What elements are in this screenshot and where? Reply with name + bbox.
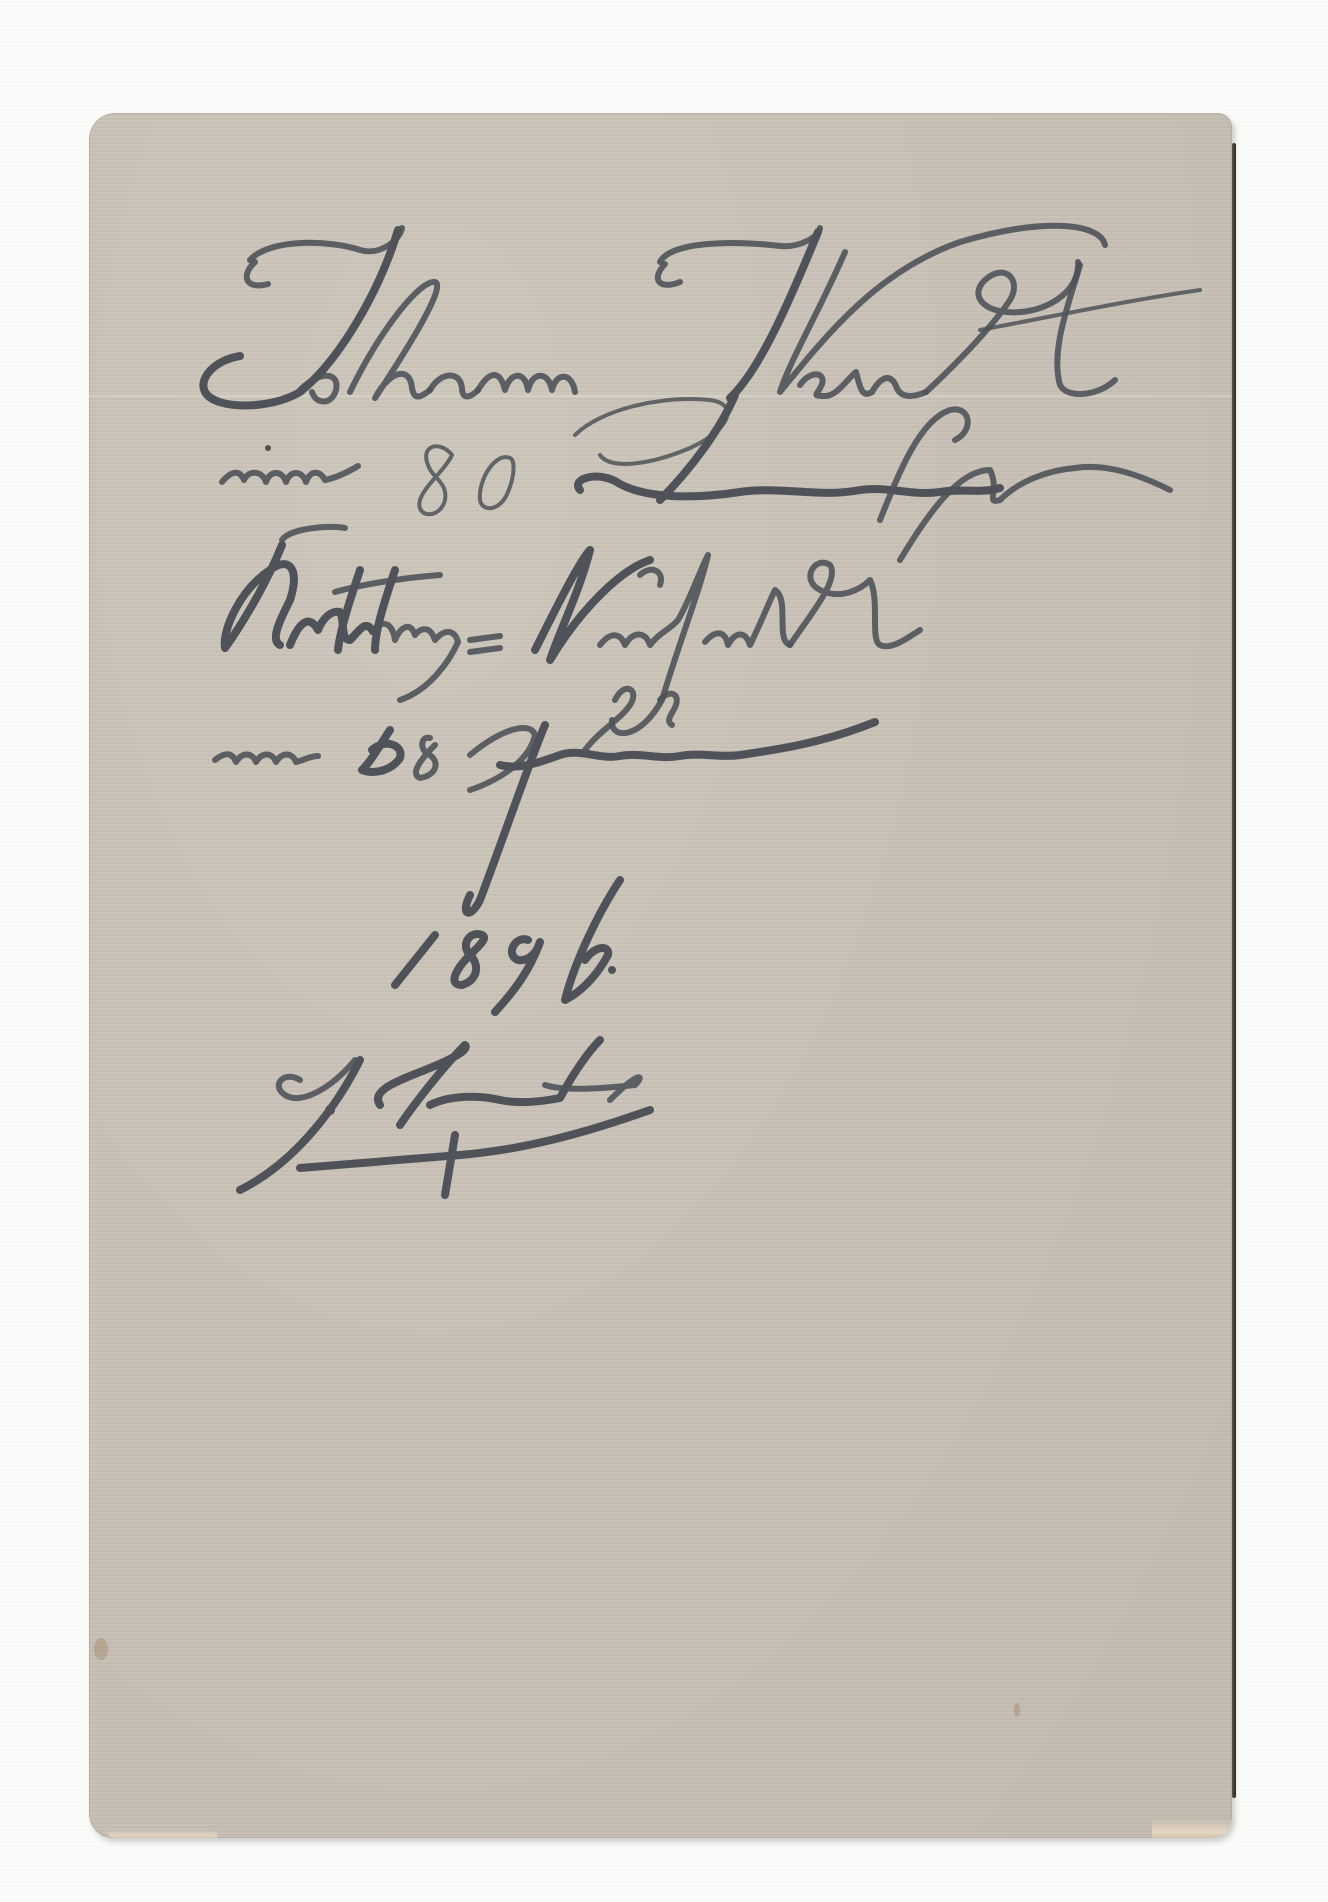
inscription-signature: J. Wendt <box>265 1045 625 1145</box>
inscription-age: im 80 Lebensjahre <box>215 420 970 513</box>
inscription-year: 1896. <box>380 905 609 998</box>
inscription-place: Rötting = Neufindl <box>180 560 988 658</box>
inscription-name: Johann Wendt <box>180 232 859 344</box>
inscription-date: am 28 Februar <box>205 740 807 833</box>
